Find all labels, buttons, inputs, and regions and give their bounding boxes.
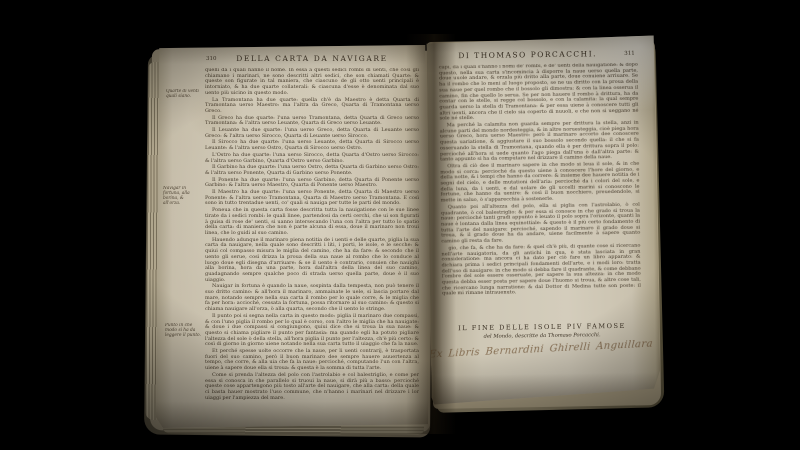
photograph-of-open-book: 310 DELLA CARTA DA NAVIGARE Quarte di ve… <box>0 0 800 450</box>
photo-vignette <box>0 0 800 450</box>
